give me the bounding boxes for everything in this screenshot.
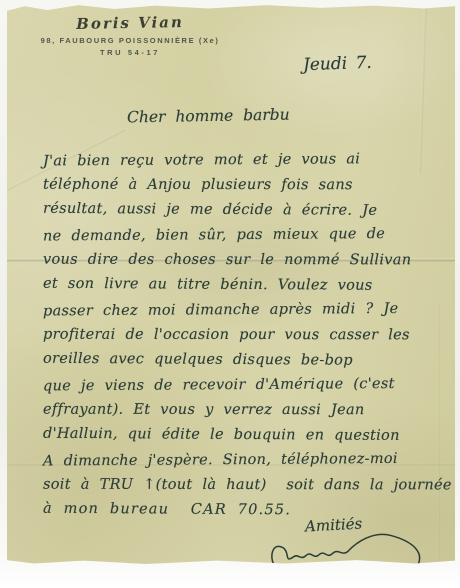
letterhead-name: Boris Vian (21, 12, 239, 34)
handwritten-line: vous dire des choses sur le nommé Sulliv… (43, 248, 455, 274)
handwritten-line: soit à TRU ↑(tout là haut) soit dans la … (43, 473, 455, 499)
handwritten-line: effrayant). Et vous y verrez aussi Jean (43, 398, 455, 424)
letter-date: Jeudi 7. (303, 53, 372, 75)
handwritten-line: que je viens de recevoir d'Amérique (c'e… (43, 372, 455, 400)
handwritten-line: téléphoné à Anjou plusieurs fois sans (43, 173, 455, 199)
handwritten-line: A dimanche j'espère. Sinon, téléphonez-m… (43, 447, 455, 475)
handwritten-line: oreilles avec quelques disques be-bop (43, 347, 455, 375)
letterhead-phone: TRU 54-17 (21, 48, 239, 57)
signature (259, 528, 459, 580)
handwritten-line: et son livre au titre bénin. Voulez vous (43, 272, 455, 300)
signature-flourish (259, 528, 459, 580)
handwritten-line: résultat, aussi je me décide à écrire. J… (43, 197, 455, 225)
letterhead-address: 98, FAUBOURG POISSONNIÈRE (Xe) (21, 36, 239, 45)
letter-body: J'ai bien reçu votre mot et je vous ai t… (43, 148, 455, 523)
handwritten-line: profiterai de l'occasion pour vous casse… (43, 323, 455, 349)
letterhead: Boris Vian 98, FAUBOURG POISSONNIÈRE (Xe… (21, 14, 239, 57)
handwritten-line: ne demande, bien sûr, pas mieux que de (43, 222, 455, 250)
handwritten-line: J'ai bien reçu votre mot et je vous ai (43, 147, 455, 175)
handwritten-line: d'Halluin, qui édite le bouquin en quest… (43, 422, 455, 450)
handwritten-line: passer chez moi dimanche après midi ? Je (43, 297, 455, 325)
handwritten-line: à mon bureau CAR 70.55. (43, 497, 455, 525)
letter-photo: Boris Vian 98, FAUBOURG POISSONNIÈRE (Xe… (7, 4, 455, 564)
salutation: Cher homme barbu (127, 106, 290, 127)
